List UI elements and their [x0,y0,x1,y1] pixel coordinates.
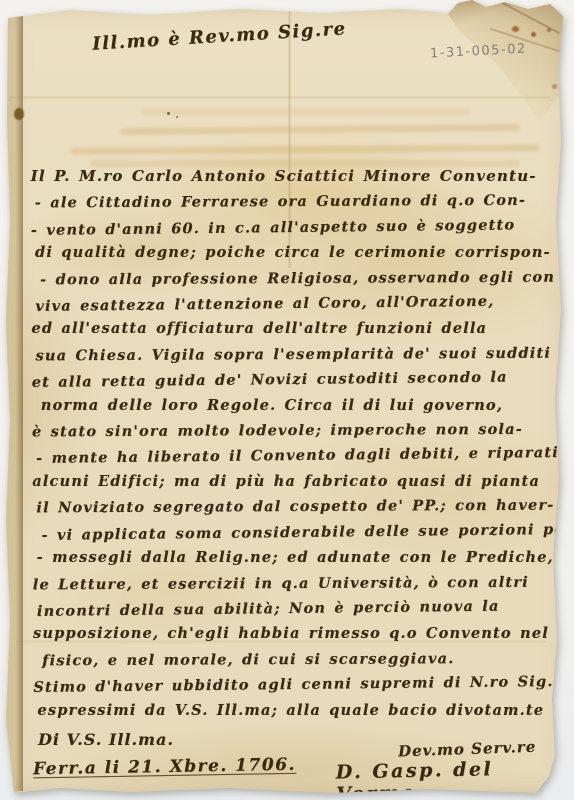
handwritten-line: alcuni Edifici; ma di più ha fabricato q… [32,469,548,494]
ink-showthrough [140,108,470,115]
handwritten-line: - messegli dalla Relig.ne; ed adunate co… [37,545,549,570]
handwritten-line: Stimo d'haver ubbidito agli cenni suprem… [33,669,549,700]
handwritten-line: Il P. M.ro Carlo Antonio Sciattici Minor… [31,164,547,189]
handwritten-line: - vi applicata soma considerabile delle … [41,517,548,548]
handwritten-line: - mente ha liberato il Convento dagli de… [36,441,548,472]
handwritten-line: supposizione, ch'egli habbia rimesso q.o… [33,621,549,646]
ink-speck [176,116,178,118]
handwritten-line: - ale Cittadino Ferrarese ora Guardiano … [35,188,547,216]
manuscript-photograph: Ill.mo è Rev.mo Sig.re 1-31-005-02 Il P.… [0,0,574,800]
handwritten-line: il Noviziato segregato dal cospetto de' … [36,493,548,521]
salutation: Ill.mo è Rev.mo Sig.re [92,18,347,55]
place-and-date: Ferr.a li 21. Xbre. 1706. [33,755,296,780]
handwritten-line: incontri della sua abilità; Non è perciò… [37,593,549,624]
letter-body: Il P. M.ro Carlo Antonio Sciattici Minor… [31,163,550,725]
ink-speck [167,112,170,115]
rust-spot [512,26,519,32]
ink-showthrough [90,160,520,167]
letter-page: Ill.mo è Rev.mo Sig.re 1-31-005-02 Il P.… [0,0,574,800]
handwritten-line: viva esattezza l'attenzione al Coro, all… [35,288,547,319]
handwritten-line: è stato sin'ora molto lodevole; imperoch… [32,417,548,445]
handwritten-line: di qualità degne; poiche circa le cerimo… [35,240,547,265]
top-right-corner-fold [440,0,574,130]
signoff: Dev.mo Serv.re [398,738,537,761]
ink-showthrough [120,124,520,135]
catalog-number: 1-31-005-02 [430,41,527,61]
handwritten-line: et alla retta guida de' Novizi custoditi… [32,364,548,395]
center-fold-crease [288,8,291,268]
rust-spot [531,32,536,37]
handwritten-line: ed all'esatta officiatura dell'altre fun… [31,316,547,341]
valediction: Di V.S. Ill.ma. [38,730,174,749]
rust-spot [552,84,557,89]
handwritten-line: norma delle loro Regole. Circa il di lui… [41,393,548,418]
handwritten-line: - dono alla professione Religiosa, osser… [40,264,547,292]
paper-shadow-wrap: Ill.mo è Rev.mo Sig.re 1-31-005-02 Il P.… [0,0,574,800]
handwritten-line: - vento d'anni 60. in c.a all'aspetto su… [31,212,547,243]
ink-showthrough [70,144,540,154]
ink-stain-spot [14,108,24,120]
horizontal-crease [16,640,546,643]
corner-crease-line [475,0,560,34]
handwritten-line: sua Chiesa. Vigila sopra l'esemplarità d… [35,340,547,368]
signature: D. Gasp. del Verme [336,757,574,800]
corner-crease-line [490,28,567,55]
handwritten-line: espressimi da V.S. Ill.ma; alla quale ba… [37,698,549,723]
horizontal-crease [10,96,550,99]
rust-spot [547,28,551,32]
left-fold-strip [6,10,23,791]
handwritten-line: le Letture, et esercizii in q.a Universi… [33,569,549,597]
handwritten-line: fisico, e nel morale, di cui si scarsegg… [42,645,549,673]
